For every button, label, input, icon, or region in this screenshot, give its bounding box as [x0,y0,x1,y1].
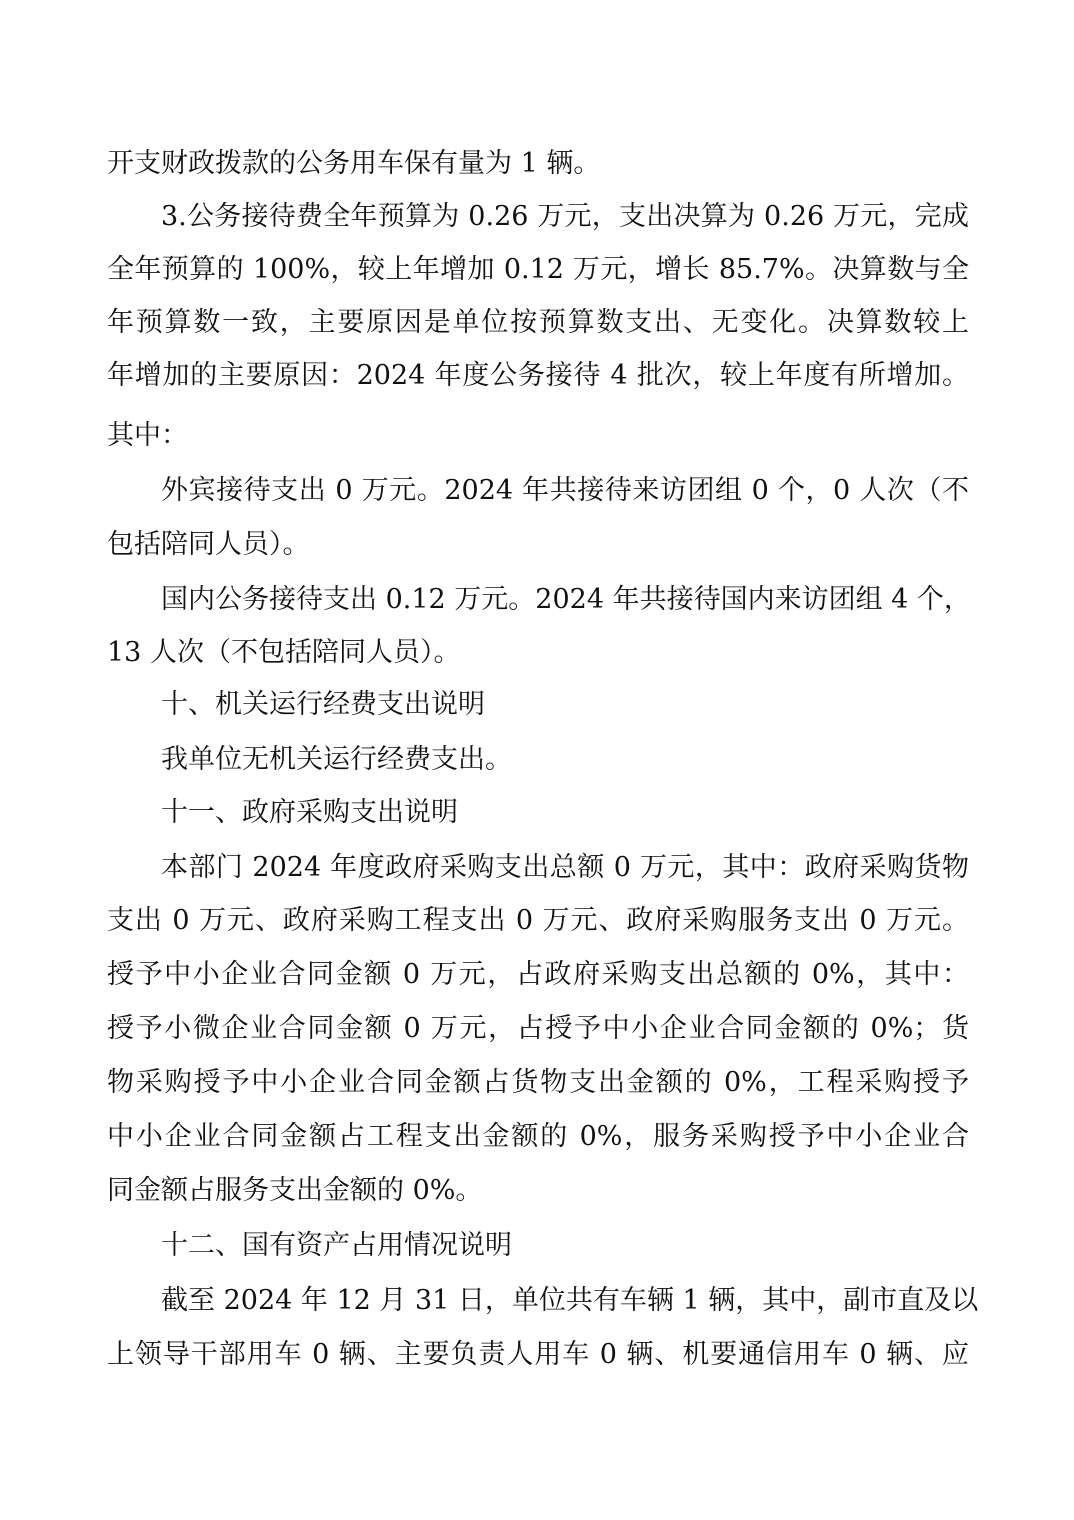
paragraph-line: 中小企业合同金额占工程支出金额的 0%，服务采购授予中小企业合 [107,1117,969,1157]
paragraph-line: 年增加的主要原因：2024 年度公务接待 4 批次，较上年度有所增加。 [107,356,969,396]
paragraph-line: 开支财政拨款的公务用车保有量为 1 辆。 [107,144,969,184]
paragraph-line: 3.公务接待费全年预算为 0.26 万元，支出决算为 0.26 万元，完成 [161,197,969,237]
paragraph-line: 授予小微企业合同金额 0 万元，占授予中小企业合同金额的 0%；货 [107,1009,969,1049]
paragraph-line: 本部门 2024 年度政府采购支出总额 0 万元，其中：政府采购货物 [161,848,969,888]
paragraph-line: 同金额占服务支出金额的 0%。 [107,1171,969,1211]
paragraph-line: 包括陪同人员）。 [107,525,969,565]
document-page: 开支财政拨款的公务用车保有量为 1 辆。 3.公务接待费全年预算为 0.26 万… [0,0,1074,1520]
paragraph-line: 国内公务接待支出 0.12 万元。2024 年共接待国内来访团组 4 个， [161,580,969,620]
paragraph-line: 授予中小企业合同金额 0 万元，占政府采购支出总额的 0%，其中： [107,955,969,995]
section-heading-12: 十二、国有资产占用情况说明 [161,1226,969,1266]
paragraph-line: 物采购授予中小企业合同金额占货物支出金额的 0%，工程采购授予 [107,1063,969,1103]
paragraph-line: 截至 2024 年 12 月 31 日，单位共有车辆 1 辆，其中，副市直及以 [161,1281,969,1321]
paragraph-line: 支出 0 万元、政府采购工程支出 0 万元、政府采购服务支出 0 万元。 [107,901,969,941]
paragraph-line: 13 人次（不包括陪同人员）。 [107,633,969,673]
paragraph-line: 年预算数一致，主要原因是单位按预算数支出、无变化。决算数较上 [107,303,969,343]
paragraph-line: 我单位无机关运行经费支出。 [161,740,969,780]
paragraph-line: 全年预算的 100%，较上年增加 0.12 万元，增长 85.7%。决算数与全 [107,250,969,290]
paragraph-line: 上领导干部用车 0 辆、主要负责人用车 0 辆、机要通信用车 0 辆、应 [107,1335,969,1375]
paragraph-line: 外宾接待支出 0 万元。2024 年共接待来访团组 0 个，0 人次（不 [161,471,969,511]
section-heading-11: 十一、政府采购支出说明 [161,793,969,833]
paragraph-line: 其中： [107,416,969,456]
section-heading-10: 十、机关运行经费支出说明 [161,685,969,725]
